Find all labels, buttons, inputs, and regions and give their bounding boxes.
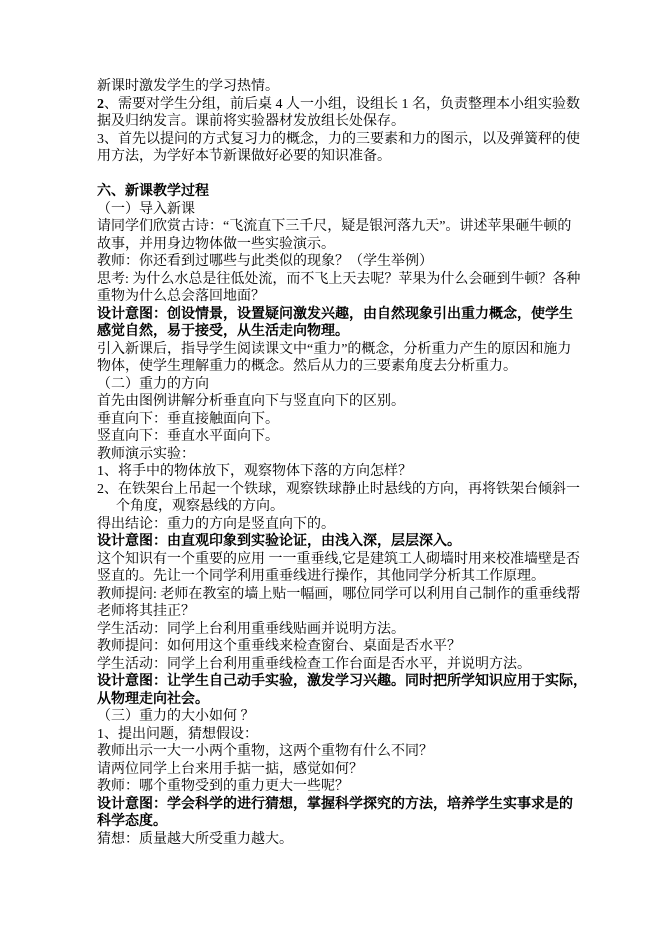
text-line: 个角度，观察悬线的方向。 (97, 498, 572, 516)
text-run: 首先由图例讲解分析垂直向下与竖直向下的区别。 (97, 394, 405, 409)
text-line: 1、将手中的物体放下，观察物体下落的方向怎样？ (97, 463, 572, 481)
text-run: 教师提问：如何用这个重垂线来检查窗台、桌面是否水平？ (97, 639, 461, 654)
text-run: 1、提出问题，猜想假设： (97, 727, 258, 742)
text-run: 故事，并用身边物体做一些实验演示。 (97, 237, 335, 252)
text-line: 3、首先以提问的方式复习力的概念，力的三要素和力的图示，以及弹簧秤的使 (97, 131, 572, 149)
document-page: 新课时激发学生的学习热情。2、需要对学生分组，前后桌 4 人一小组，设组长 1 … (0, 0, 661, 935)
text-run: 设计意图：由直观印象到实验论证，由浅入深，层层深入。 (97, 534, 461, 549)
text-run: 学生活动：同学上台利用重垂线检查工作台面是否水平，并说明方法。 (97, 657, 531, 672)
text-line: 故事，并用身边物体做一些实验演示。 (97, 236, 572, 254)
text-line: 1、提出问题，猜想假设： (97, 726, 572, 744)
text-line: 垂直向下：垂直接触面向下。 (97, 411, 572, 429)
text-line: 教师提问：如何用这个重垂线来检查窗台、桌面是否水平？ (97, 638, 572, 656)
text-line: 教师：哪个重物受到的重力更大一些呢？ (97, 778, 572, 796)
text-line: 教师：你还看到过哪些与此类似的现象？（学生举例） (97, 253, 572, 271)
text-line: 首先由图例讲解分析垂直向下与竖直向下的区别。 (97, 393, 572, 411)
text-run: 竖直的。先让一个同学利用重垂线进行操作，其他同学分析其工作原理。 (97, 569, 545, 584)
text-line: 科学态度。 (97, 813, 572, 831)
text-line: 新课时激发学生的学习热情。 (97, 78, 572, 96)
text-run: 引入新课后，指导学生阅读课文中“重力”的概念，分析重力产生的原因和施力 (97, 342, 571, 357)
text-run: 2、在铁架台上吊起一个铁球，观察铁球静止时悬线的方向，再将铁架台倾斜一 (97, 482, 580, 497)
text-line: 用方法，为学好本节新课做好必要的知识准备。 (97, 148, 572, 166)
text-line: 设计意图：学会科学的进行猜想，掌握科学探究的方法，培养学生实事求是的 (97, 796, 572, 814)
text-run: 教师提问: 老师在教室的墙上贴一幅画，哪位同学可以利用自己制作的重垂线帮 (97, 587, 580, 602)
text-run: 从物理走向社会。 (97, 692, 209, 707)
text-run: 设计意图：学会科学的进行猜想，掌握科学探究的方法，培养学生实事求是的 (97, 797, 573, 812)
text-line: （一）导入新课 (97, 201, 572, 219)
text-line: 竖直向下：垂直水平面向下。 (97, 428, 572, 446)
document-body: 新课时激发学生的学习热情。2、需要对学生分组，前后桌 4 人一小组，设组长 1 … (97, 78, 572, 848)
text-line: 2、需要对学生分组，前后桌 4 人一小组，设组长 1 名，负责整理本小组实验数 (97, 96, 572, 114)
text-run: 得出结论：重力的方向是竖直向下的。 (97, 517, 335, 532)
text-run: （一）导入新课 (97, 202, 195, 217)
text-line: 引入新课后，指导学生阅读课文中“重力”的概念，分析重力产生的原因和施力 (97, 341, 572, 359)
text-line: 重物为什么总会落回地面？ (97, 288, 572, 306)
text-run: 感觉自然，易于接受，从生活走向物理。 (97, 324, 349, 339)
text-line: 教师提问: 老师在教室的墙上贴一幅画，哪位同学可以利用自己制作的重垂线帮 (97, 586, 572, 604)
text-run: 教师：哪个重物受到的重力更大一些呢？ (97, 779, 349, 794)
text-run: 科学态度。 (97, 814, 167, 829)
text-line: 感觉自然，易于接受，从生活走向物理。 (97, 323, 572, 341)
text-run: 请两位同学上台来用手掂一掂，感觉如何？ (97, 762, 363, 777)
text-line: 教师演示实验： (97, 446, 572, 464)
text-run: 3、首先以提问的方式复习力的概念，力的三要素和力的图示，以及弹簧秤的使 (97, 132, 580, 147)
text-line: 从物理走向社会。 (97, 691, 572, 709)
text-run: 教师：你还看到过哪些与此类似的现象？（学生举例） (97, 254, 433, 269)
text-line: 学生活动：同学上台利用重垂线贴画并说明方法。 (97, 621, 572, 639)
text-run: 设计意图：让学生自己动手实验，激发学习兴趣。同时把所学知识应用于实际， (97, 674, 587, 689)
text-line: 据及归纳发言。课前将实验器材发放组长处保存。 (97, 113, 572, 131)
text-run: 用方法，为学好本节新课做好必要的知识准备。 (97, 149, 391, 164)
text-line: 思考: 为什么水总是往低处流，而不飞上天去呢？苹果为什么会砸到牛顿？各种 (97, 271, 572, 289)
text-run: 1、将手中的物体放下，观察物体下落的方向怎样？ (97, 464, 412, 479)
text-run: 重物为什么总会落回地面？ (97, 289, 265, 304)
text-line: 这个知识有一个重要的应用 一一重垂线,它是建筑工人砌墙时用来校准墙壁是否 (97, 551, 572, 569)
text-line: 设计意图：让学生自己动手实验，激发学习兴趣。同时把所学知识应用于实际， (97, 673, 572, 691)
text-run: 个角度，观察悬线的方向。 (116, 499, 284, 514)
text-run: 请同学们欣赏古诗：“飞流直下三千尺，疑是银河落九天”。讲述苹果砸牛顿的 (97, 219, 571, 234)
text-run: 思考: 为什么水总是往低处流，而不飞上天去呢？苹果为什么会砸到牛顿？各种 (97, 272, 580, 287)
text-run: 据及归纳发言。课前将实验器材发放组长处保存。 (97, 114, 405, 129)
text-run: 新课时激发学生的学习热情。 (97, 79, 279, 94)
text-line: 学生活动：同学上台利用重垂线检查工作台面是否水平，并说明方法。 (97, 656, 572, 674)
text-run: 老师将其挂正？ (97, 604, 195, 619)
text-line: 2、在铁架台上吊起一个铁球，观察铁球静止时悬线的方向，再将铁架台倾斜一 (97, 481, 572, 499)
text-line: 六、新课教学过程 (97, 183, 572, 201)
text-run: 学生活动：同学上台利用重垂线贴画并说明方法。 (97, 622, 405, 637)
text-run: 2 (97, 97, 104, 112)
blank-line (97, 166, 572, 184)
text-run: 物体，使学生理解重力的概念。然后从力的三要素角度去分析重力。 (97, 359, 517, 374)
text-line: 猜想：质量越大所受重力越大。 (97, 831, 572, 849)
text-line: 请两位同学上台来用手掂一掂，感觉如何？ (97, 761, 572, 779)
text-run: （二）重力的方向 (97, 377, 209, 392)
text-line: 设计意图：创设情景，设置疑问激发兴趣，由自然现象引出重力概念，使学生 (97, 306, 572, 324)
text-run: 这个知识有一个重要的应用 一一重垂线,它是建筑工人砌墙时用来校准墙壁是否 (97, 552, 580, 567)
text-line: 请同学们欣赏古诗：“飞流直下三千尺，疑是银河落九天”。讲述苹果砸牛顿的 (97, 218, 572, 236)
text-line: （三）重力的大小如何 ？ (97, 708, 572, 726)
text-run: 竖直向下：垂直水平面向下。 (97, 429, 279, 444)
text-line: 物体，使学生理解重力的概念。然后从力的三要素角度去分析重力。 (97, 358, 572, 376)
text-line: 设计意图：由直观印象到实验论证，由浅入深，层层深入。 (97, 533, 572, 551)
text-line: 教师出示一大一小两个重物，这两个重物有什么不同？ (97, 743, 572, 761)
text-run: 教师演示实验： (97, 447, 195, 462)
text-line: 老师将其挂正？ (97, 603, 572, 621)
text-run: 、需要对学生分组，前后桌 4 人一小组，设组长 1 名，负责整理本小组实验数 (104, 97, 580, 112)
text-run: 垂直向下：垂直接触面向下。 (97, 412, 279, 427)
text-line: 得出结论：重力的方向是竖直向下的。 (97, 516, 572, 534)
text-line: （二）重力的方向 (97, 376, 572, 394)
text-run: 六、新课教学过程 (97, 184, 209, 199)
text-line: 竖直的。先让一个同学利用重垂线进行操作，其他同学分析其工作原理。 (97, 568, 572, 586)
text-run: 教师出示一大一小两个重物，这两个重物有什么不同？ (97, 744, 433, 759)
text-run: 猜想：质量越大所受重力越大。 (97, 832, 293, 847)
text-run: 设计意图：创设情景，设置疑问激发兴趣，由自然现象引出重力概念，使学生 (97, 307, 573, 322)
text-run: （三）重力的大小如何 ？ (97, 709, 255, 724)
